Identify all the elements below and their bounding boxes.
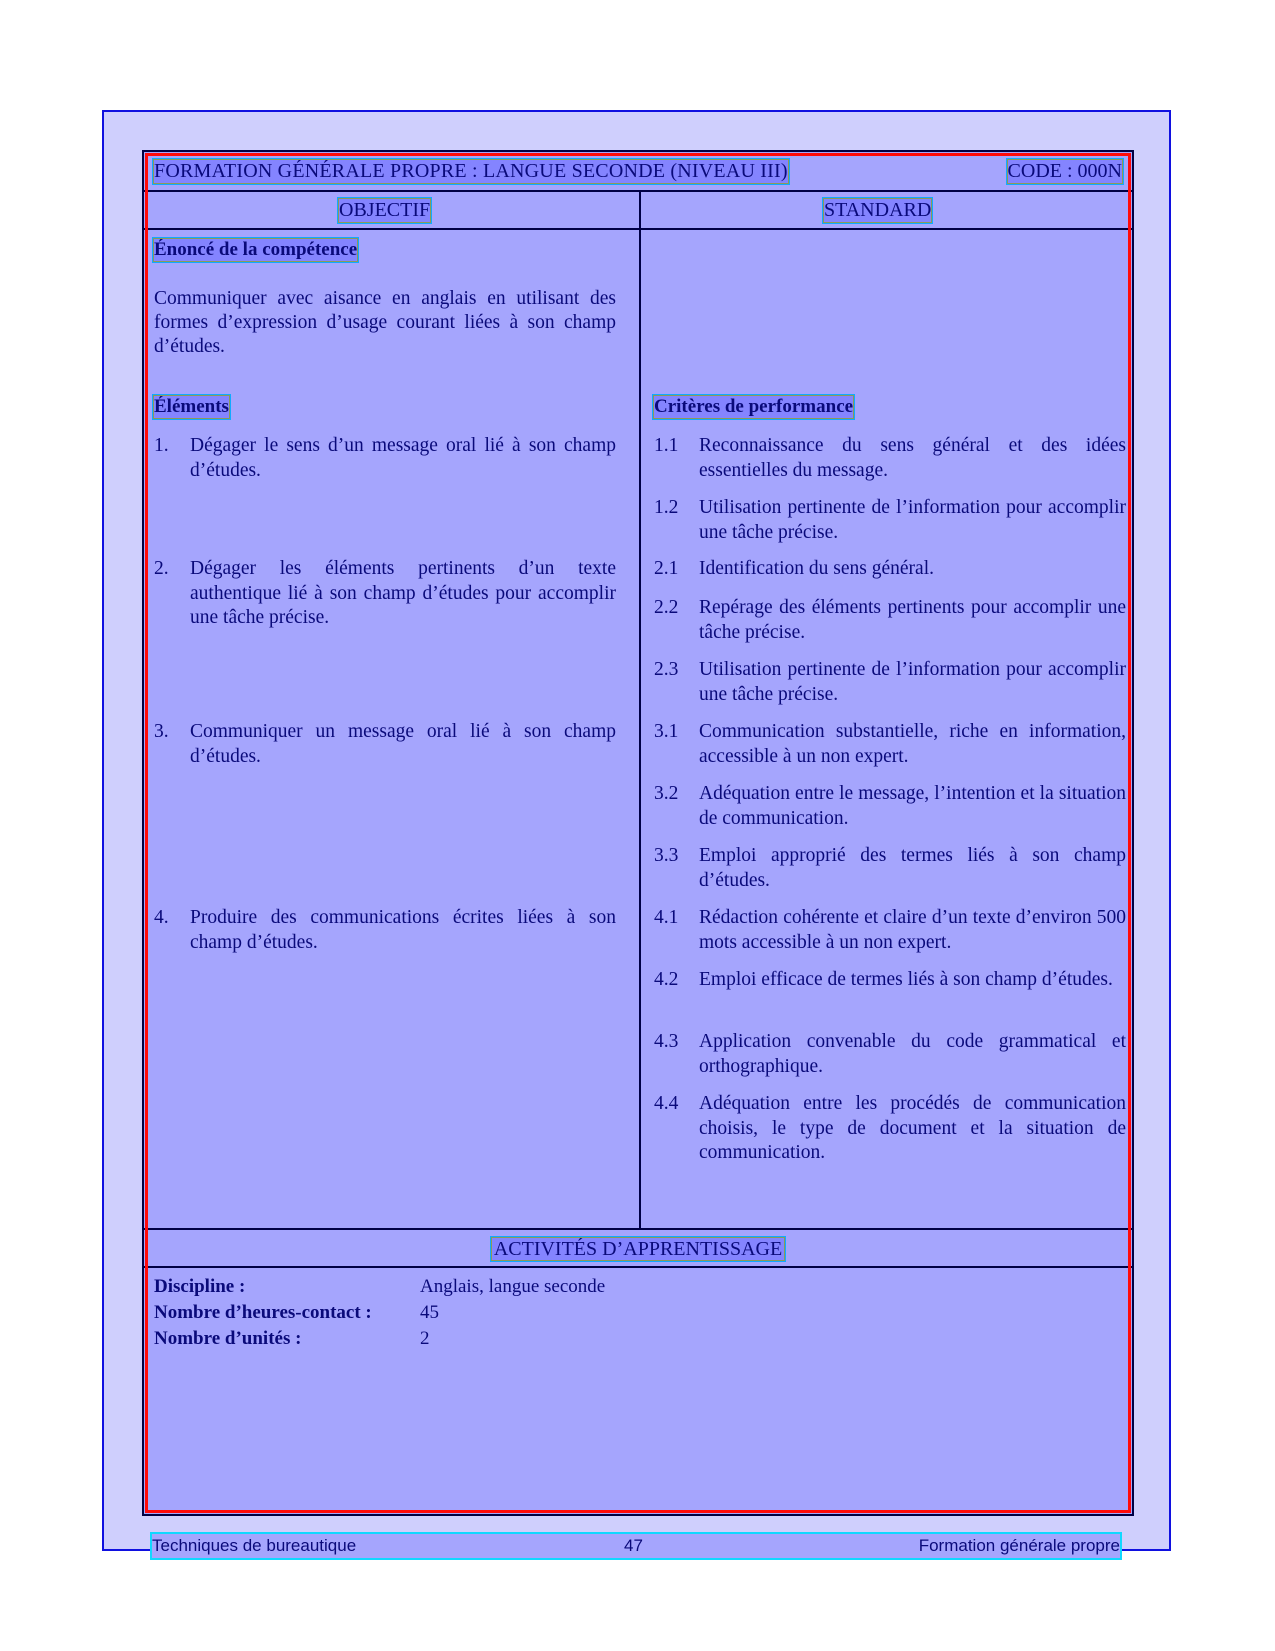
criterion-text: Emploi approprié des termes liés à son c…: [699, 844, 1126, 893]
criterion-text: Application convenable du code grammatic…: [699, 1030, 1126, 1079]
activities-title: ACTIVITÉS D’APPRENTISSAGE: [492, 1238, 784, 1260]
element-text: Dégager le sens d’un message oral lié à …: [190, 434, 616, 483]
criteres-label: Critères de performance: [654, 396, 853, 418]
competence-text: Communiquer avec aisance en anglais en u…: [154, 287, 616, 359]
criterion-number: 1.2: [654, 496, 678, 521]
criterion-number: 4.1: [654, 906, 678, 931]
criterion-number: 4.3: [654, 1030, 678, 1055]
title-row: FORMATION GÉNÉRALE PROPRE : LANGUE SECON…: [144, 152, 1132, 192]
criterion-text: Identification du sens général.: [699, 557, 1126, 582]
activities-header-row: ACTIVITÉS D’APPRENTISSAGE: [144, 1230, 1132, 1268]
units-line: Nombre d’unités :2: [154, 1328, 430, 1350]
column-header-row: OBJECTIF STANDARD: [144, 192, 1132, 230]
criterion-text: Emploi efficace de termes liés à son cha…: [699, 968, 1126, 993]
discipline-value: Anglais, langue seconde: [420, 1276, 605, 1297]
elements-label: Éléments: [154, 396, 229, 418]
criterion-text: Repérage des éléments pertinents pour ac…: [699, 596, 1126, 645]
footer-section: Formation générale propre: [919, 1536, 1120, 1556]
criterion-number: 2.2: [654, 596, 678, 621]
criterion-text: Utilisation pertinente de l’information …: [699, 658, 1126, 707]
criterion-text: Communication substantielle, riche en in…: [699, 720, 1126, 769]
footer-program: Techniques de bureautique: [152, 1536, 356, 1556]
page-footer: Techniques de bureautique 47 Formation g…: [152, 1534, 1120, 1558]
criterion-text: Utilisation pertinente de l’information …: [699, 496, 1126, 545]
element-number: 3.: [154, 720, 169, 745]
discipline-label: Discipline :: [154, 1276, 420, 1298]
criterion-number: 3.1: [654, 720, 678, 745]
element-number: 4.: [154, 906, 169, 931]
competence-label: Énoncé de la compétence: [154, 239, 357, 261]
element-text: Communiquer un message oral lié à son ch…: [190, 720, 616, 769]
element-number: 2.: [154, 557, 169, 582]
objectif-header: OBJECTIF: [339, 199, 430, 222]
criterion-number: 2.1: [654, 557, 678, 582]
standard-header: STANDARD: [824, 199, 931, 222]
criterion-text: Adéquation entre les procédés de communi…: [699, 1092, 1126, 1166]
criterion-text: Reconnaissance du sens général et des id…: [699, 434, 1126, 483]
competency-table: FORMATION GÉNÉRALE PROPRE : LANGUE SECON…: [142, 150, 1134, 1516]
content-row: Énoncé de la compétence Communiquer avec…: [144, 230, 1132, 1230]
hours-label: Nombre d’heures-contact :: [154, 1302, 420, 1324]
criterion-number: 3.3: [654, 844, 678, 869]
discipline-line: Discipline :Anglais, langue seconde: [154, 1276, 605, 1298]
criterion-text: Adéquation entre le message, l’intention…: [699, 782, 1126, 831]
element-number: 1.: [154, 434, 169, 459]
units-value: 2: [420, 1328, 430, 1349]
criterion-number: 4.4: [654, 1092, 678, 1117]
criterion-number: 4.2: [654, 968, 678, 993]
units-label: Nombre d’unités :: [154, 1328, 420, 1350]
element-text: Produire des communications écrites liée…: [190, 906, 616, 955]
hours-value: 45: [420, 1302, 439, 1323]
criterion-text: Rédaction cohérente et claire d’un texte…: [699, 906, 1126, 955]
course-code: CODE : 000N: [1008, 160, 1122, 183]
element-text: Dégager les éléments pertinents d’un tex…: [190, 557, 616, 631]
criterion-number: 3.2: [654, 782, 678, 807]
footer-page-number: 47: [624, 1536, 643, 1556]
document-title: FORMATION GÉNÉRALE PROPRE : LANGUE SECON…: [154, 160, 788, 183]
criterion-number: 2.3: [654, 658, 678, 683]
hours-line: Nombre d’heures-contact :45: [154, 1302, 439, 1324]
criterion-number: 1.1: [654, 434, 678, 459]
activities-title-wrap: ACTIVITÉS D’APPRENTISSAGE: [144, 1238, 1132, 1261]
